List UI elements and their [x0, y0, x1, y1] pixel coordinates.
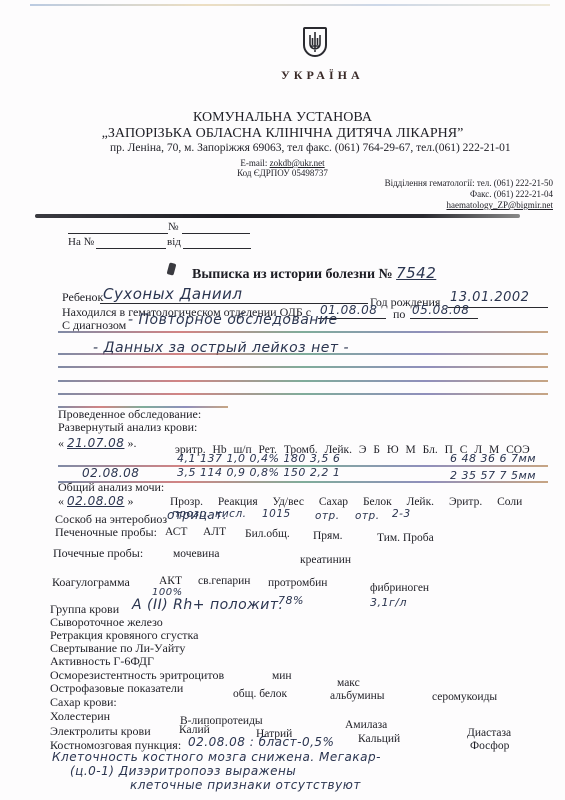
- cbc-date-1-row: « 21.07.08 ».: [58, 436, 136, 451]
- liver-h-thymol: Тим. Проба: [377, 532, 434, 544]
- coag-h-heparin: св.гепарин: [198, 575, 250, 587]
- liver-h-bil: Бил.общ.: [245, 528, 290, 540]
- dept-fax: Факс. (061) 222-21-04: [470, 189, 553, 199]
- edrpou-code: Код ЄДРПОУ 05498737: [0, 168, 565, 178]
- urine-val-leuk: 2-3: [392, 508, 411, 520]
- urine-date-row: « 02.08.08 »: [58, 494, 133, 509]
- dept-email-link[interactable]: haematology_ZP@bigmir.net: [446, 200, 553, 210]
- urine-label: Общий анализ мочи:: [58, 480, 164, 495]
- stay-to-line: [410, 318, 478, 319]
- sugar-label: Сахар крови:: [50, 695, 117, 710]
- urine-val-sg: 1015: [262, 508, 291, 520]
- case-number: 7542: [396, 264, 436, 282]
- marrow-note-1: Клеточность костного мозга снижена. Мега…: [52, 750, 381, 764]
- cbc-row-2-left: 3,5 114 0,9 0,8% 150 2,2 1: [177, 466, 340, 479]
- document-title-text: Выписка из истории болезни №: [192, 267, 393, 282]
- dept-phone: Відділення гематології: тел. (061) 222-2…: [385, 178, 553, 188]
- coag-h-fibrinogen: фибриноген: [370, 582, 429, 594]
- urine-h-salts: Соли: [497, 496, 522, 508]
- acute-h-seromucoid: серомукоиды: [432, 691, 497, 703]
- marrow-value: 02.08.08 : бласт-0,5%: [188, 735, 334, 749]
- kidney-label: Почечные пробы:: [53, 546, 143, 561]
- marrow-note-3: клеточные признаки отсутствуют: [130, 778, 361, 792]
- stay-to: 05.08.08: [412, 303, 469, 317]
- stay-to-label: по: [393, 307, 405, 322]
- electro-h-calcium: Кальций: [358, 733, 400, 745]
- urine-h-sugar: Сахар: [319, 496, 348, 508]
- amylase-label: Амилаза: [345, 719, 387, 731]
- urine-h-eryth: Эритр.: [449, 496, 482, 508]
- cbc-h-m: М: [406, 444, 416, 456]
- cbc-label: Развернутый анализ крови:: [58, 420, 197, 435]
- electro-h-phosphorus: Фосфор: [470, 740, 509, 752]
- cbc-h-e: Э: [359, 444, 367, 456]
- acute-h-albumin: альбумины: [330, 690, 385, 702]
- cbc-row-1-right: 6 48 36 6 7мм: [450, 452, 536, 465]
- cbc-h-bl: Бл.: [423, 444, 438, 456]
- child-label: Ребенок: [62, 290, 103, 305]
- cbc-row-1-left: 4,1 137 1,0 0,4% 180 3,5 6: [177, 452, 340, 465]
- kidney-h-urea: мочевина: [173, 548, 219, 560]
- osmo-max: макс: [337, 677, 360, 689]
- liver-h-ast: АСТ: [165, 526, 187, 538]
- ref-vid-label: від: [167, 236, 181, 248]
- document-title: Выписка из истории болезни № 7542: [192, 264, 436, 283]
- ref-no-line: [182, 233, 250, 234]
- cholesterol-label: Холестерин: [50, 709, 110, 724]
- header-separator: [35, 214, 520, 218]
- blood-group-value: A (II) Rh+ положит.: [132, 597, 284, 613]
- org-email-link[interactable]: zokdb@ukr.net: [270, 158, 325, 168]
- g6pd-label: Активность Г-6ФДГ: [50, 654, 154, 669]
- diagnosis-rule-1: [58, 331, 548, 333]
- urine-h-clarity: Прозр.: [170, 496, 203, 508]
- ref-vid-line: [183, 248, 251, 249]
- trident-coat-of-arms-icon: [303, 27, 327, 57]
- electro-h-diastase: Диастаза: [467, 727, 511, 739]
- diagnosis-rule-4: [58, 380, 548, 382]
- org-email-row: E-mail: zokdb@ukr.net: [0, 158, 565, 168]
- cbc-date-1: 21.07.08: [67, 436, 124, 450]
- ref-number-line: [68, 233, 168, 234]
- top-border: [30, 4, 550, 6]
- coag-val-fibrinogen: 3,1г/л: [370, 596, 407, 609]
- coag-h-prothrombin: протромбин: [268, 577, 327, 589]
- coag-label: Коагулограмма: [52, 575, 130, 590]
- org-line-2: „ЗАПОРІЗЬКА ОБЛАСНА КЛІНІЧНА ДИТЯЧА ЛІКА…: [0, 126, 565, 142]
- liver-h-direct: Прям.: [313, 530, 343, 542]
- ref-na-no-line: [96, 248, 166, 249]
- urine-h-sg: Уд/вес: [273, 496, 304, 508]
- acute-h-protein: общ. белок: [233, 688, 287, 700]
- urine-date: 02.08.08: [67, 494, 124, 508]
- urine-h-reaction: Реакция: [218, 496, 258, 508]
- child-name: Сухоных Даниил: [103, 285, 243, 303]
- email-label: E-mail:: [240, 158, 267, 168]
- pen-mark: [167, 262, 177, 275]
- urine-val-protein: отр.: [355, 510, 380, 522]
- osmo-min: мин: [272, 670, 292, 682]
- cbc-h-yu: Ю: [387, 444, 399, 456]
- urine-h-protein: Белок: [363, 496, 392, 508]
- liver-h-alt: АЛТ: [203, 526, 226, 538]
- org-line-1: КОМУНАЛЬНА УСТАНОВА: [0, 110, 565, 126]
- kidney-h-creatinine: креатинин: [300, 554, 351, 566]
- cbc-h-b: Б: [373, 444, 380, 456]
- cbc-date-2: 02.08.08: [82, 466, 139, 480]
- diagnosis-line-1: - Повторное обследование: [128, 312, 338, 328]
- acute-phase-label: Острофазовые показатели: [50, 681, 183, 696]
- urine-h-leuk: Лейк.: [407, 496, 434, 508]
- urine-val-sugar: отр.: [315, 510, 340, 522]
- enterobiosis-value: отрицат.: [167, 508, 227, 522]
- diagnosis-rule-3: [58, 366, 548, 368]
- coag-h-akt: АКТ: [159, 575, 182, 587]
- urine-headers: Прозр. Реакция Уд/вес Сахар Белок Лейк. …: [170, 496, 522, 508]
- org-address: пр. Леніна, 70, м. Запоріжжя 69063, тел …: [110, 142, 511, 154]
- country-name: УКРАЇНА: [281, 68, 364, 83]
- ref-no-label: №: [168, 221, 179, 233]
- marrow-note-2: (ц.0-1) Дизэритропоэз выражены: [70, 764, 296, 778]
- diagnosis-rule-5: [58, 393, 548, 395]
- liver-label: Печеночные пробы:: [55, 525, 157, 540]
- ref-na-no-label: На №: [68, 236, 94, 248]
- diagnosis-rule-2: [58, 353, 548, 355]
- electrolytes-label: Электролиты крови: [50, 724, 151, 739]
